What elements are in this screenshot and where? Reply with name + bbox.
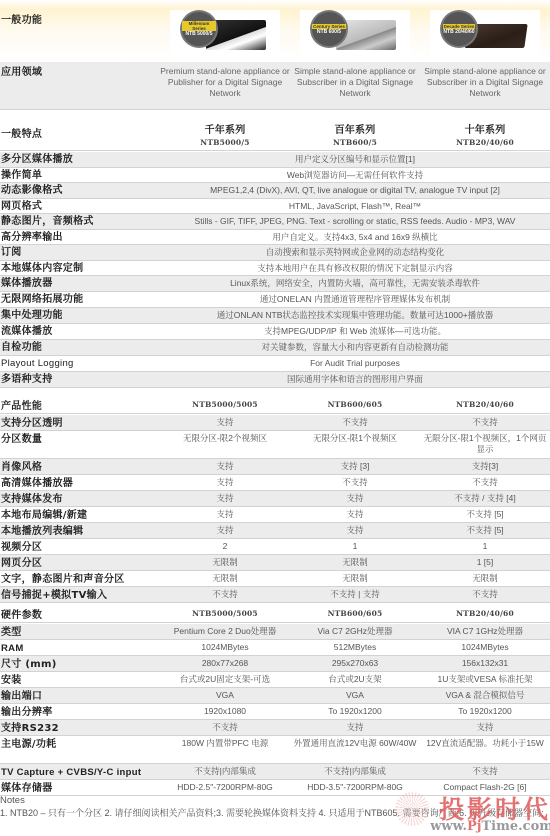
row-label: 输出端口	[0, 690, 160, 703]
cell-col-3: 1	[420, 541, 550, 552]
column-header: NTB5000/5005	[160, 400, 290, 409]
row-label: 自检功能	[0, 341, 160, 354]
table-row: 操作简单Web浏览器访问—无需任何软件支持	[0, 168, 550, 183]
cell-col-3: 1024MBytes	[420, 642, 550, 653]
cell-col-3: 不支持	[420, 589, 550, 600]
row-value: 用户定义分区编号和显示位置[1]	[160, 153, 550, 166]
table-row: 视频分区211	[0, 539, 550, 555]
watermark-url: www.PjTime.com	[430, 819, 550, 834]
row-value: Linux系统，网络安全，内置防火墙，高可靠性，无需安装杀毒软件	[160, 277, 550, 290]
row-label: Playout Logging	[0, 357, 160, 370]
cell-col-1: 支持	[160, 477, 290, 488]
column-header: NTB20/40/60	[420, 609, 550, 618]
row-label: 本地播放列表编辑	[0, 525, 160, 538]
table-row: 网页分区无限制无限制1 [5]	[0, 555, 550, 571]
cell-col-3: 不支持	[420, 477, 550, 488]
row-label: 高分辨率输出	[0, 231, 160, 244]
cell-col-2: 不支持	[290, 477, 420, 488]
table-row: 支持媒体发布支持支持不支持 / 支持 [4]	[0, 491, 550, 507]
row-label: 信号捕捉+模拟TV输入	[0, 589, 160, 602]
product-image-ntb600: Century Series NTB 600/5	[290, 10, 420, 60]
table-row: 自检功能对关键参数，容量大小和内容更新有自动检测功能	[0, 340, 550, 356]
table-row: 文字，静态图片和声音分区无限制无限制无限制	[0, 571, 550, 587]
series-name: 十年系列	[420, 124, 550, 137]
table-row: 肖像风格支持支持 [3]支持[3]	[0, 459, 550, 475]
row-value: MPEG1,2,4 (DivX), AVI, QT, live analogue…	[160, 184, 550, 197]
cell-col-1: 无限分区-限2个视频区	[160, 433, 290, 444]
cell-col-2: 512MBytes	[290, 642, 420, 653]
cell-col-2: Via C7 2GHz处理器	[290, 626, 420, 637]
table-row: 多分区媒体播放用户定义分区编号和显示位置[1]	[0, 152, 550, 168]
cell-col-3: 12V直流适配器。功耗小于15W	[420, 738, 550, 749]
cell-col-2: HDD-3.5"-7200RPM-80G	[290, 782, 420, 793]
table-row: 支持分区透明支持不支持不支持	[0, 415, 550, 431]
cell-col-1: HDD-2.5"-7200RPM-80G	[160, 782, 290, 793]
badge-series-name: Millenium Series	[182, 21, 216, 31]
cell-col-3: 不支持 [5]	[420, 525, 550, 536]
series-badge-icon: Century Series NTB 600/5	[312, 12, 346, 46]
series-model: NTB20/40/60	[420, 137, 550, 148]
cell-col-1: 台式或2U固定支架-可选	[160, 674, 290, 685]
hardware-header-row: 硬件参数 NTB5000/5005 NTB600/605 NTB20/40/60	[0, 607, 550, 623]
row-label: 支持媒体发布	[0, 493, 160, 506]
cell-col-3: Compact Flash-2G [6]	[420, 782, 550, 793]
row-label: 媒体播放器	[0, 277, 160, 290]
table-row: 订阅自动搜索和显示英特网或企业网的动态结构变化	[0, 245, 550, 261]
cell-col-2: 无限分区-限1个视频区	[290, 433, 420, 444]
cell-col-3: 1U支架或VESA 标准托架	[420, 674, 550, 685]
series-badge-icon: Millenium Series NTB 5000/5	[182, 12, 216, 46]
application-row: 应用领域 Premium stand-alone appliance or Pu…	[0, 62, 550, 110]
table-row: 本地播放列表编辑支持支持不支持 [5]	[0, 523, 550, 539]
table-row: 静态图片，音频格式Stills - GIF, TIFF, JPEG, PNG. …	[0, 214, 550, 230]
cell-col-1: 支持	[160, 509, 290, 520]
column-header: NTB20/40/60	[420, 400, 550, 409]
row-label: 媒体存储器	[0, 782, 160, 795]
features-header-row: 一般特点 千年系列 NTB5000/5 百年系列 NTB600/5 十年系列 N…	[0, 121, 550, 151]
row-value: 自动搜索和显示英特网或企业网的动态结构变化	[160, 246, 550, 259]
row-label: TV Capture + CVBS/Y-C input	[0, 766, 160, 779]
cell-col-2: 支持	[290, 493, 420, 504]
cell-col-1: 不支持|内部集成	[160, 766, 290, 777]
table-row: 无限网络拓展功能通过ONELAN 内置通道管理程序管理媒体发布机制	[0, 292, 550, 308]
cell-col-1: 支持	[160, 493, 290, 504]
table-row: 网页格式HTML, JavaScript, Flash™, Real™	[0, 199, 550, 214]
cell-col-2: 支持	[290, 722, 420, 733]
row-label: 订阅	[0, 246, 160, 259]
table-row: 流媒体播放支持MPEG/UDP/IP 和 Web 流媒体—可选功能。	[0, 324, 550, 340]
row-label: 多语种支持	[0, 373, 160, 386]
notes-text: 1. NTB20 – 只有一个分区 2. 请仔细阅读相关产品资料;3. 需要轮换…	[0, 807, 550, 819]
row-value: 通过ONELAN 内置通道管理程序管理媒体发布机制	[160, 293, 550, 306]
row-value: 国际通用字体和语言的图形用户界面	[160, 373, 550, 386]
series-name: 百年系列	[290, 124, 420, 137]
table-row: 媒体播放器Linux系统，网络安全，内置防火墙，高可靠性，无需安装杀毒软件	[0, 276, 550, 292]
cell-col-2: 无限制	[290, 573, 420, 584]
row-label: 静态图片，音频格式	[0, 215, 160, 228]
row-label: 主电源/功耗	[0, 738, 160, 751]
row-label: 流媒体播放	[0, 325, 160, 338]
row-value: 对关键参数，容量大小和内容更新有自动检测功能	[160, 341, 550, 354]
cell-col-3: 支持	[420, 722, 550, 733]
cell-col-2: To 1920x1200	[290, 706, 420, 717]
cell-col-1: VGA	[160, 690, 290, 701]
series-model: NTB5000/5	[160, 137, 290, 148]
cell-col-2: 支持	[290, 509, 420, 520]
row-label: 多分区媒体播放	[0, 153, 160, 166]
table-row: 信号捕捉+模拟TV输入不支持不支持 | 支持不支持	[0, 587, 550, 603]
notes-title: Notes	[0, 795, 550, 807]
cell-col-3: 无限分区-限1个视频区，1个网页显示	[420, 433, 550, 455]
notes-section: Notes 1. NTB20 – 只有一个分区 2. 请仔细阅读相关产品资料;3…	[0, 795, 550, 819]
row-label: 高清媒体播放器	[0, 477, 160, 490]
table-row: 本地布局编辑/新建支持支持不支持 [5]	[0, 507, 550, 523]
wm-brand: Pj	[467, 819, 481, 834]
table-row: 安装台式或2U固定支架-可选台式或2U支架1U支架或VESA 标准托架	[0, 672, 550, 688]
cell-col-3: 156x132x31	[420, 658, 550, 669]
row-label: 集中处理功能	[0, 309, 160, 322]
row-label: 分区数量	[0, 433, 160, 446]
general-function-row: 一般功能 Millenium Series NTB 5000/5 Century…	[0, 10, 550, 62]
row-label: 安装	[0, 674, 160, 687]
cell-col-1: 无限制	[160, 557, 290, 568]
cell-col-3: 不支持 / 支持 [4]	[420, 493, 550, 504]
row-label: 动态影像格式	[0, 184, 160, 197]
cell-col-2: 1	[290, 541, 420, 552]
table-row: 本地媒体内容定制支持本地用户在具有修改权限的情况下定制显示内容	[0, 261, 550, 276]
table-row: 主电源/功耗180W 内置带PFC 电源外置通用直流12V电源 60W/40W1…	[0, 736, 550, 764]
table-row: 多语种支持国际通用字体和语言的图形用户界面	[0, 372, 550, 388]
section-label: 一般功能	[0, 10, 160, 27]
product-image-ntb20: Decade Series NTB 20/40/60	[420, 10, 550, 60]
cell-col-3: 无限制	[420, 573, 550, 584]
row-label: 应用领域	[0, 66, 160, 79]
cell-col-1: 支持	[160, 461, 290, 472]
table-row: 媒体存储器HDD-2.5"-7200RPM-80GHDD-3.5"-7200RP…	[0, 780, 550, 796]
cell-col-1: 支持	[160, 525, 290, 536]
table-row: 分区数量无限分区-限2个视频区无限分区-限1个视频区无限分区-限1个视频区，1个…	[0, 431, 550, 459]
row-value: 支持MPEG/UDP/IP 和 Web 流媒体—可选功能。	[160, 325, 550, 338]
cell-col-3: 不支持 [5]	[420, 509, 550, 520]
table-row: 高分辨率输出用户自定义。支持4x3, 5x4 and 16x9 纵横比	[0, 230, 550, 245]
section-label: 一般特点	[0, 124, 160, 141]
cell-col-1: 1920x1080	[160, 706, 290, 717]
cell-col-1: 280x77x268	[160, 658, 290, 669]
cell-col-3: VGA & 混合模拟信号	[420, 690, 550, 701]
table-row: 高清媒体播放器支持不支持不支持	[0, 475, 550, 491]
row-label: 无限网络拓展功能	[0, 293, 160, 306]
row-value: 通过ONLAN NTB状态监控技术实现集中管理功能。数量可达1000+播放器	[160, 309, 550, 322]
table-row: RAM1024MBytes512MBytes1024MBytes	[0, 640, 550, 656]
series-name: 千年系列	[160, 124, 290, 137]
table-row: 支持RS232不支持支持支持	[0, 720, 550, 736]
row-label: RAM	[0, 642, 160, 655]
cell-col-1: 180W 内置带PFC 电源	[160, 738, 290, 749]
badge-model: NTB 5000/5	[186, 31, 213, 37]
column-header: 千年系列 NTB5000/5	[160, 124, 290, 148]
cell-col-2: 支持	[290, 525, 420, 536]
cell-col-2: 295x270x63	[290, 658, 420, 669]
section-label: 硬件参数	[0, 609, 160, 622]
row-label: 网页分区	[0, 557, 160, 570]
row-label: 尺寸 (mm)	[0, 658, 160, 671]
cell-col-3: 不支持	[420, 417, 550, 428]
row-value: 支持本地用户在具有修改权限的情况下定制显示内容	[160, 262, 550, 275]
column-header: NTB600/605	[290, 400, 420, 409]
row-label: 支持分区透明	[0, 417, 160, 430]
row-label: 操作简单	[0, 169, 160, 182]
application-ntb20: Simple stand-alone appliance or Subscrib…	[420, 66, 550, 99]
row-label: 支持RS232	[0, 722, 160, 735]
cell-col-2: 台式或2U支架	[290, 674, 420, 685]
series-badge-icon: Decade Series NTB 20/40/60	[442, 12, 476, 46]
table-row: 输出分辨率1920x1080To 1920x1200To 1920x1200	[0, 704, 550, 720]
section-label: 产品性能	[0, 400, 160, 413]
table-row: 集中处理功能通过ONLAN NTB状态监控技术实现集中管理功能。数量可达1000…	[0, 308, 550, 324]
table-row: 类型Pentium Core 2 Duo处理器Via C7 2GHz处理器VIA…	[0, 624, 550, 640]
application-ntb5000: Premium stand-alone appliance or Publish…	[160, 66, 290, 99]
cell-col-3: VIA C7 1GHz处理器	[420, 626, 550, 637]
cell-col-2: 不支持	[290, 417, 420, 428]
row-label: 肖像风格	[0, 461, 160, 474]
cell-col-3: 支持[3]	[420, 461, 550, 472]
cell-col-2: 不支持 | 支持	[290, 589, 420, 600]
row-label: 文字，静态图片和声音分区	[0, 573, 160, 586]
table-row: 输出端口VGAVGAVGA & 混合模拟信号	[0, 688, 550, 704]
cell-col-2: 外置通用直流12V电源 60W/40W	[290, 738, 420, 749]
cell-col-3: 不支持	[420, 766, 550, 777]
row-value: For Audit Trial purposes	[160, 357, 550, 370]
row-label: 类型	[0, 626, 160, 639]
column-header: NTB600/605	[290, 609, 420, 618]
application-ntb600: Simple stand-alone appliance or Subscrib…	[290, 66, 420, 99]
cell-col-1: 不支持	[160, 589, 290, 600]
cell-col-1: Pentium Core 2 Duo处理器	[160, 626, 290, 637]
badge-model: NTB 600/5	[317, 29, 341, 35]
row-value: Web浏览器访问—无需任何软件支持	[160, 169, 550, 182]
column-header: 百年系列 NTB600/5	[290, 124, 420, 148]
row-label: 视频分区	[0, 541, 160, 554]
table-row: Playout LoggingFor Audit Trial purposes	[0, 356, 550, 372]
cell-col-2: 不支持|内部集成	[290, 766, 420, 777]
wm-prefix: www.	[430, 819, 467, 834]
cell-col-1: 支持	[160, 417, 290, 428]
performance-header-row: 产品性能 NTB5000/5005 NTB600/605 NTB20/40/60	[0, 398, 550, 414]
cell-col-2: 无限制	[290, 557, 420, 568]
table-row: 动态影像格式MPEG1,2,4 (DivX), AVI, QT, live an…	[0, 183, 550, 199]
cell-col-2: 支持 [3]	[290, 461, 420, 472]
cell-col-1: 1024MBytes	[160, 642, 290, 653]
column-header: 十年系列 NTB20/40/60	[420, 124, 550, 148]
series-model: NTB600/5	[290, 137, 420, 148]
cell-col-1: 无限制	[160, 573, 290, 584]
wm-suffix: Time.com	[481, 819, 550, 834]
row-value: Stills - GIF, TIFF, JPEG, PNG. Text - sc…	[160, 215, 550, 228]
cell-col-3: 1 [5]	[420, 557, 550, 568]
table-row: 尺寸 (mm)280x77x268295x270x63156x132x31	[0, 656, 550, 672]
row-label: 本地媒体内容定制	[0, 262, 160, 275]
cell-col-1: 2	[160, 541, 290, 552]
row-value: 用户自定义。支持4x3, 5x4 and 16x9 纵横比	[160, 231, 550, 244]
product-image-ntb5000: Millenium Series NTB 5000/5	[160, 10, 290, 60]
row-label: 网页格式	[0, 200, 160, 213]
row-value: HTML, JavaScript, Flash™, Real™	[160, 200, 550, 213]
column-header: NTB5000/5005	[160, 609, 290, 618]
row-label: 本地布局编辑/新建	[0, 509, 160, 522]
row-label: 输出分辨率	[0, 706, 160, 719]
badge-model: NTB 20/40/60	[443, 29, 474, 35]
table-row: TV Capture + CVBS/Y-C input不支持|内部集成不支持|内…	[0, 764, 550, 780]
cell-col-3: To 1920x1200	[420, 706, 550, 717]
cell-col-2: VGA	[290, 690, 420, 701]
cell-col-1: 不支持	[160, 722, 290, 733]
